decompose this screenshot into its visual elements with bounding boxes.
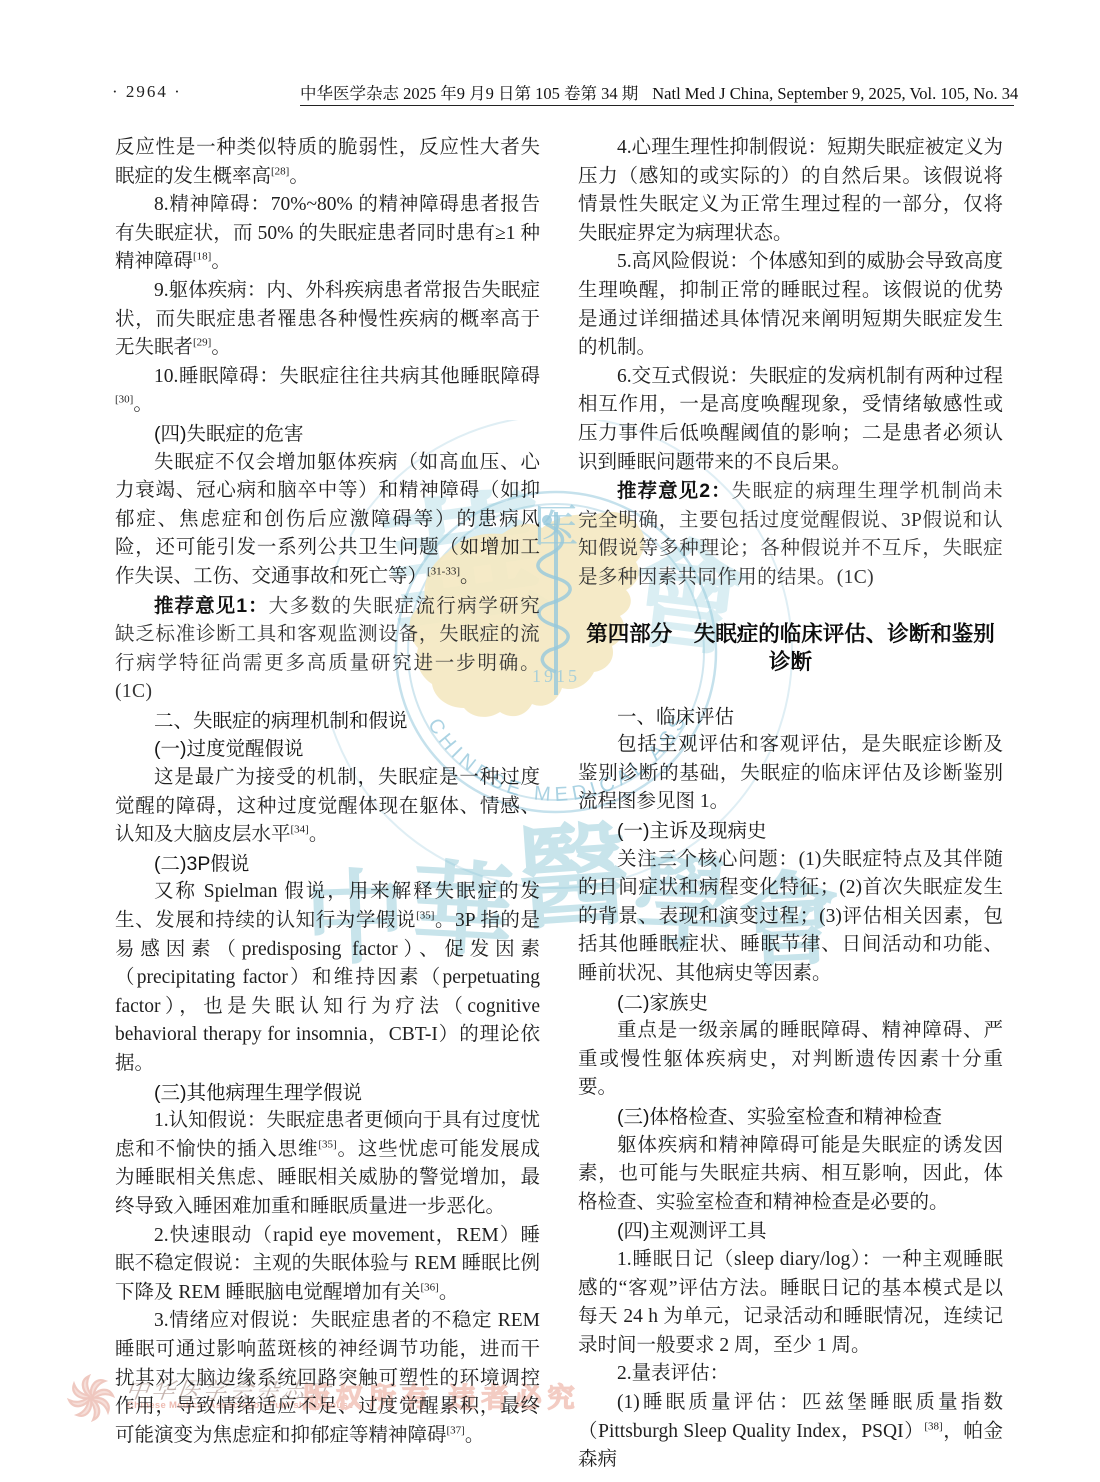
paragraph: 3.情绪应对假说：失眠症患者的不稳定 REM 睡眠可通过影响蓝斑核的神经调节功能… [115,1307,540,1450]
heading: (二)3P假说 [115,850,540,879]
recommendation: 推荐意见1：大多数的失眠症流行病学研究缺乏标准诊断工具和客观监测设备，失眠症的流… [115,592,540,707]
reference-marker: [37] [447,1424,465,1436]
paragraph: 1.睡眠日记（sleep diary/log）：一种主观睡眠感的“客观”评估方法… [578,1246,1003,1360]
reference-marker: [31-33] [427,565,460,577]
paragraph: 这是最广为接受的机制，失眠症是一种过度觉醒的障碍，这种过度觉醒体现在躯体、情感、… [115,764,540,850]
paragraph: 5.高风险假说：个体感知到的威胁会导致高度生理唤醒，抑制正常的睡眠过程。该假说的… [578,248,1003,362]
recommendation-label: 推荐意见1： [154,595,269,617]
journal-title-cn: 中华医学杂志 2025 年9 月9 日第 105 卷第 34 期 [300,84,638,103]
heading: (二)家族史 [578,989,1003,1018]
reference-marker: [35] [416,910,434,922]
paragraph: 2.快速眼动（rapid eye movement，REM）睡眠不稳定假说：主观… [115,1222,540,1308]
recommendation-label: 推荐意见2： [617,480,732,502]
reference-marker: [29] [193,337,211,349]
heading: (一)主诉及现病史 [578,817,1003,846]
heading: 一、临床评估 [578,703,1003,732]
reference-marker: [38] [924,1420,942,1432]
paragraph: 又称 Spielman 假说，用来解释失眠症的发生、发展和持续的认知行为学假说[… [115,878,540,1078]
paragraph: 失眠症不仅会增加躯体疾病（如高血压、心力衰竭、冠心病和脑卒中等）和精神障碍（如抑… [115,449,540,592]
right-column: 4.心理生理性抑制假说：短期失眠症被定义为压力（感知的或实际的）的自然后果。该假… [578,134,1003,1475]
paragraph: 9.躯体疾病：内、外科疾病患者常报告失眠症状，而失眠症患者罹患各种慢性疾病的概率… [115,277,540,363]
journal-page: { "header": { "page_number": "· 2964 ·",… [0,0,1100,1482]
journal-title-en: Natl Med J China, September 9, 2025, Vol… [652,84,1018,103]
paragraph: 包括主观评估和客观评估，是失眠症诊断及鉴别诊断的基础，失眠症的临床评估及诊断鉴别… [578,731,1003,817]
reference-marker: [36] [421,1281,439,1293]
heading: (三)其他病理生理学假说 [115,1079,540,1108]
page-number: · 2964 · [112,82,182,102]
paragraph: 6.交互式假说：失眠症的发病机制有两种过程相互作用，一是高度唤醒现象，受情绪敏感… [578,363,1003,477]
reference-marker: [34] [291,824,309,836]
paragraph: 2.量表评估： [578,1360,1003,1389]
header-rule [300,105,1014,106]
reference-marker: [30] [115,394,133,406]
paragraph: 重点是一级亲属的睡眠障碍、精神障碍、严重或慢性躯体疾病史，对判断遗传因素十分重要… [578,1017,1003,1103]
paragraph: (1)睡眠质量评估：匹兹堡睡眠质量指数（Pittsburgh Sleep Qua… [578,1389,1003,1475]
heading: 二、失眠症的病理机制和假说 [115,707,540,736]
section-title: 第四部分 失眠症的临床评估、诊断和鉴别诊断 [578,620,1003,677]
paragraph: 躯体疾病和精神障碍可能是失眠症的诱发因素，也可能与失眠症共病、相互影响，因此，体… [578,1132,1003,1218]
heading: (四)主观测评工具 [578,1217,1003,1246]
reference-marker: [35] [318,1138,336,1150]
heading: (三)体格检查、实验室检查和精神检查 [578,1103,1003,1132]
journal-header: 中华医学杂志 2025 年9 月9 日第 105 卷第 34 期Natl Med… [300,80,1014,104]
heading: (一)过度觉醒假说 [115,735,540,764]
reference-marker: [28] [271,165,289,177]
paragraph: 8.精神障碍：70%~80% 的精神障碍患者报告有失眠症状，而 50% 的失眠症… [115,191,540,277]
paragraph: 1.认知假说：失眠症患者更倾向于具有过度忧虑和不愉快的插入思维[35]。这些忧虑… [115,1107,540,1221]
paragraph: 10.睡眠障碍：失眠症往往共病其他睡眠障碍[30]。 [115,363,540,420]
paragraph: 关注三个核心问题：(1)失眠症特点及其伴随的日间症状和病程变化特征；(2)首次失… [578,846,1003,989]
heading: (四)失眠症的危害 [115,420,540,449]
paragraph: 反应性是一种类似特质的脆弱性，反应性大者失眠症的发生概率高[28]。 [115,134,540,191]
paragraph: 4.心理生理性抑制假说：短期失眠症被定义为压力（感知的或实际的）的自然后果。该假… [578,134,1003,248]
left-column: 反应性是一种类似特质的脆弱性，反应性大者失眠症的发生概率高[28]。8.精神障碍… [115,134,540,1450]
reference-marker: [18] [193,251,211,263]
recommendation: 推荐意见2：失眠症的病理生理学机制尚未完全明确，主要包括过度觉醒假说、3P假说和… [578,477,1003,592]
publisher-flower-icon [63,1370,119,1426]
